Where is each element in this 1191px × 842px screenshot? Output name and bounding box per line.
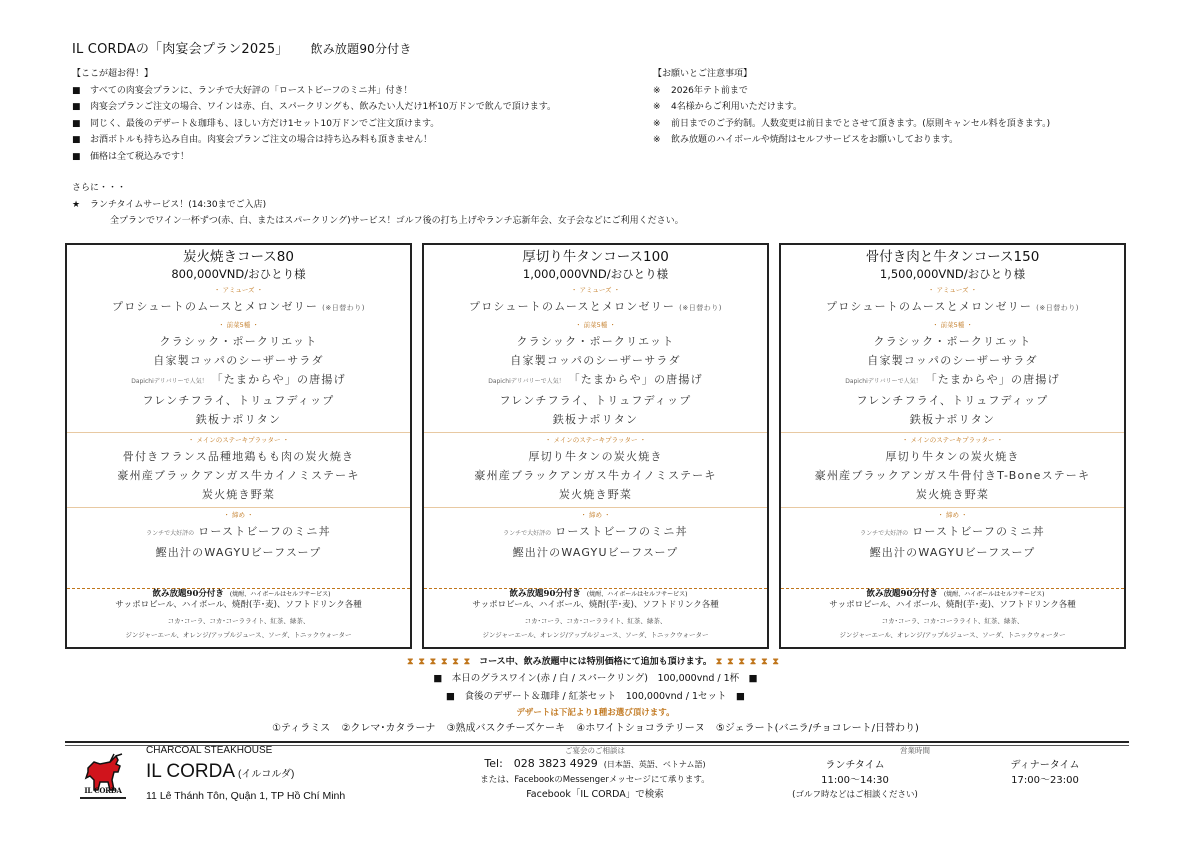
menu-item: 自家製コッパのシーザーサラダ: [424, 351, 767, 370]
benefit-item: ■肉宴会プランご注文の場合、ワインは赤、白、スパークリングも、飲みたい人だけ1杯…: [72, 99, 556, 116]
reference-mark-icon: ※: [653, 83, 671, 100]
notes-heading: 【お願いとご注意事項】: [653, 66, 1050, 83]
menu-item: 厚切り牛タンの炭火焼き: [424, 447, 767, 466]
menu-item: ランチで大好評のローストビーフのミニ丼: [424, 522, 767, 543]
menu-item: 自家製コッパのシーザーサラダ: [781, 351, 1124, 370]
menu-item: ランチで大好評のローストビーフのミニ丼: [781, 522, 1124, 543]
finish-label: ・ 締め ・: [781, 509, 1124, 522]
menu-item: フレンチフライ、トリュフディップ: [424, 391, 767, 410]
reference-mark-icon: ※: [653, 99, 671, 116]
drinks-sub: コカ･コーラ、コカ･コーラライト、紅茶、緑茶、: [781, 614, 1124, 628]
course-name: 骨付き肉と牛タンコース150: [781, 248, 1124, 266]
course-price: 1,500,000VND/おひとり様: [781, 266, 1124, 283]
course-card-100: 厚切り牛タンコース100 1,000,000VND/おひとり様 ・ アミューズ …: [422, 243, 769, 649]
amuse-label: ・ アミューズ ・: [67, 284, 410, 297]
lunch-service-desc: 全プランでワイン一杯ずつ(赤、白、またはスパークリング)サービス！ゴルフ後の打ち…: [72, 213, 684, 230]
starters-label: ・ 前菜5種 ・: [67, 319, 410, 332]
menu-item: プロシュートのムースとメロンゼリー(※日替わり): [67, 297, 410, 318]
course-price: 800,000VND/おひとり様: [67, 266, 410, 283]
contact-section: ご宴会のご相談は Tel: 028 3823 4929(日本語、英語、ベトナム語…: [450, 745, 740, 803]
starters-label: ・ 前菜5種 ・: [781, 319, 1124, 332]
menu-item: ランチで大好評のローストビーフのミニ丼: [67, 522, 410, 543]
drinks-divider: 飲み放題90分付き(焼酎、ハイボールはセルフサービス): [781, 581, 1124, 595]
menu-item: 鰹出汁のWAGYUビーフスープ: [424, 543, 767, 562]
course-card-80: 炭火焼きコース80 800,000VND/おひとり様 ・ アミューズ ・ プロシ…: [65, 243, 412, 649]
section-divider: [424, 432, 767, 433]
drinks-sub: コカ･コーラ、コカ･コーラライト、紅茶、緑茶、: [424, 614, 767, 628]
menu-item: 自家製コッパのシーザーサラダ: [67, 351, 410, 370]
title-main: IL CORDAの「肉宴会プラン2025」: [72, 42, 289, 57]
contact-messenger: または、FacebookのMessengerメッセージにて承ります。: [450, 773, 740, 787]
menu-item: 豪州産ブラックアンガス牛カイノミステーキ: [424, 466, 767, 485]
extras-dessert: ■ 食後のデザート＆珈琲 / 紅茶セット 100,000vnd / 1セット ■: [0, 690, 1191, 704]
menu-item: フレンチフライ、トリュフディップ: [67, 391, 410, 410]
course-name: 炭火焼きコース80: [67, 248, 410, 266]
store-name: IL CORDA(イルコルダ): [146, 760, 294, 787]
lunch-hours: ランチタイム 11:00～14:30 (ゴルフ時などはご相談ください): [780, 758, 930, 803]
menu-item: Dapichiデリバリーで人気！「たまからや」の唐揚げ: [781, 370, 1124, 391]
menu-item: フレンチフライ、トリュフディップ: [781, 391, 1124, 410]
store-address: 11 Lê Thánh Tôn, Quận 1, TP Hồ Chí Minh: [146, 790, 345, 802]
lunch-service-section: さらに・・・ ★ランチタイムサービス！(14:30までご入店) 全プランでワイン…: [72, 180, 684, 230]
drinks-sub: ジンジャーエール、オレンジ/アップルジュース、ソーダ、トニックウォーター: [424, 628, 767, 642]
lunch-service-title: ★ランチタイムサービス！(14:30までご入店): [72, 197, 684, 214]
square-bullet-icon: ■: [72, 83, 90, 100]
course-price: 1,000,000VND/おひとり様: [424, 266, 767, 283]
menu-item: Dapichiデリバリーで人気！「たまからや」の唐揚げ: [67, 370, 410, 391]
menu-item: 鰹出汁のWAGYUビーフスープ: [781, 543, 1124, 562]
menu-item: プロシュートのムースとメロンゼリー(※日替わり): [424, 297, 767, 318]
extras-heading: ⧗⧗⧗⧗⧗⧗コース中、飲み放題中には特別価格にて追加も頂けます。⧗⧗⧗⧗⧗⧗: [0, 655, 1191, 669]
dessert-option: ③熟成バスクチーズケーキ: [447, 723, 565, 734]
extras-wine: ■ 本日のグラスワイン(赤 / 白 / スパークリング) 100,000vnd …: [0, 672, 1191, 686]
more-intro: さらに・・・: [72, 180, 684, 197]
main-label: ・ メインのステーキプラッター ・: [781, 434, 1124, 447]
section-divider: [67, 507, 410, 508]
benefit-item: ■お酒ボトルも持ち込み自由。肉宴会プランご注文の場合は持ち込み料も頂きません！: [72, 132, 556, 149]
dessert-option: ②クレマ･カタラーナ: [341, 723, 435, 734]
dessert-option: ④ホワイトショコラテリーヌ: [576, 723, 704, 734]
menu-item: 骨付きフランス品種地鶏もも肉の炭火焼き: [67, 447, 410, 466]
section-divider: [67, 432, 410, 433]
dinner-hours: ディナータイム 17:00～23:00: [970, 758, 1120, 788]
benefits-section: 【ここが超お得！】 ■すべての肉宴会プランに、ランチで大好評の「ローストビーフの…: [72, 66, 556, 165]
menu-item: Dapichiデリバリーで人気！「たまからや」の唐揚げ: [424, 370, 767, 391]
contact-label: ご宴会のご相談は: [450, 745, 740, 756]
course-card-150: 骨付き肉と牛タンコース150 1,500,000VND/おひとり様 ・ アミュー…: [779, 243, 1126, 649]
hourglass-ornament-icon: ⧗⧗⧗⧗⧗⧗: [407, 657, 475, 667]
reference-mark-icon: ※: [653, 132, 671, 149]
amuse-label: ・ アミューズ ・: [781, 284, 1124, 297]
menu-item: クラシック・ポークリエット: [67, 332, 410, 351]
star-icon: ★: [72, 197, 90, 214]
section-divider: [781, 507, 1124, 508]
section-divider: [781, 432, 1124, 433]
drinks-main: サッポロビール、ハイボール、焼酎(芋･麦)、ソフトドリンク各種: [67, 597, 410, 614]
drinks-sub: ジンジャーエール、オレンジ/アップルジュース、ソーダ、トニックウォーター: [781, 628, 1124, 642]
menu-item: クラシック・ポークリエット: [424, 332, 767, 351]
note-item: ※2026年テト前まで: [653, 83, 1050, 100]
drinks-divider: 飲み放題90分付き(焼酎、ハイボールはセルフサービス): [67, 581, 410, 595]
note-item: ※4名様からご利用いただけます。: [653, 99, 1050, 116]
menu-item: プロシュートのムースとメロンゼリー(※日替わり): [781, 297, 1124, 318]
benefit-item: ■価格は全て税込みです！: [72, 149, 556, 166]
menu-item: 豪州産ブラックアンガス牛骨付きT-Boneステーキ: [781, 466, 1124, 485]
section-divider: [424, 507, 767, 508]
square-bullet-icon: ■: [72, 99, 90, 116]
menu-item: 鰹出汁のWAGYUビーフスープ: [67, 543, 410, 562]
title-sub: 飲み放題90分付き: [311, 42, 412, 56]
menu-item: 炭火焼き野菜: [424, 485, 767, 504]
menu-item: 豪州産ブラックアンガス牛カイノミステーキ: [67, 466, 410, 485]
menu-item: 鉄板ナポリタン: [67, 410, 410, 429]
note-item: ※飲み放題のハイボールや焼酎はセルフサービスをお願いしております。: [653, 132, 1050, 149]
menu-item: 炭火焼き野菜: [67, 485, 410, 504]
note-item: ※前日までのご予約制。人数変更は前日までとさせて頂きます。(原則キャンセル料を頂…: [653, 116, 1050, 133]
benefit-item: ■すべての肉宴会プランに、ランチで大好評の「ローストビーフのミニ丼」付き！: [72, 83, 556, 100]
starters-label: ・ 前菜5種 ・: [424, 319, 767, 332]
drinks-sub: コカ･コーラ、コカ･コーラライト、紅茶、緑茶、: [67, 614, 410, 628]
drinks-main: サッポロビール、ハイボール、焼酎(芋･麦)、ソフトドリンク各種: [424, 597, 767, 614]
dessert-option: ①ティラミス: [272, 723, 330, 734]
dessert-option: ⑤ジェラート(バニラ/チョコレート/日替わり): [716, 723, 919, 734]
square-bullet-icon: ■: [72, 132, 90, 149]
dessert-options: ①ティラミス ②クレマ･カタラーナ ③熟成バスクチーズケーキ ④ホワイトショコラ…: [0, 722, 1191, 736]
menu-item: 鉄板ナポリタン: [424, 410, 767, 429]
main-label: ・ メインのステーキプラッター ・: [67, 434, 410, 447]
benefit-item: ■同じく、最後のデザート＆珈琲も、ほしい方だけ1セット10万ドンでご注文頂けます…: [72, 116, 556, 133]
main-label: ・ メインのステーキプラッター ・: [424, 434, 767, 447]
course-list: 炭火焼きコース80 800,000VND/おひとり様 ・ アミューズ ・ プロシ…: [65, 243, 1129, 649]
menu-item: 鉄板ナポリタン: [781, 410, 1124, 429]
menu-item: 炭火焼き野菜: [781, 485, 1124, 504]
course-name: 厚切り牛タンコース100: [424, 248, 767, 266]
reference-mark-icon: ※: [653, 116, 671, 133]
square-bullet-icon: ■: [72, 149, 90, 166]
contact-tel: Tel: 028 3823 4929(日本語、英語、ベトナム語): [450, 756, 740, 773]
drinks-divider: 飲み放題90分付き(焼酎、ハイボールはセルフサービス): [424, 581, 767, 595]
amuse-label: ・ アミューズ ・: [424, 284, 767, 297]
square-bullet-icon: ■: [72, 116, 90, 133]
page-title: IL CORDAの「肉宴会プラン2025」飲み放題90分付き: [72, 38, 412, 57]
contact-facebook: Facebook「IL CORDA」で検索: [450, 787, 740, 803]
logo-bar: [80, 797, 126, 799]
hours-label: 営業時間: [900, 745, 930, 756]
finish-label: ・ 締め ・: [67, 509, 410, 522]
drinks-main: サッポロビール、ハイボール、焼酎(芋･麦)、ソフトドリンク各種: [781, 597, 1124, 614]
menu-item: 厚切り牛タンの炭火焼き: [781, 447, 1124, 466]
logo-text: IL CORDA: [75, 786, 131, 795]
menu-item: クラシック・ポークリエット: [781, 332, 1124, 351]
extras-dessert-note: デザートは下記より1種お選び頂けます。: [0, 707, 1191, 719]
notes-section: 【お願いとご注意事項】 ※2026年テト前まで ※4名様からご利用いただけます。…: [653, 66, 1050, 149]
drinks-sub: ジンジャーエール、オレンジ/アップルジュース、ソーダ、トニックウォーター: [67, 628, 410, 642]
footer-divider: [65, 741, 1129, 743]
finish-label: ・ 締め ・: [424, 509, 767, 522]
benefits-heading: 【ここが超お得！】: [72, 66, 556, 83]
hourglass-ornament-icon: ⧗⧗⧗⧗⧗⧗: [716, 657, 784, 667]
store-kind: CHARCOAL STEAKHOUSE: [146, 745, 272, 756]
